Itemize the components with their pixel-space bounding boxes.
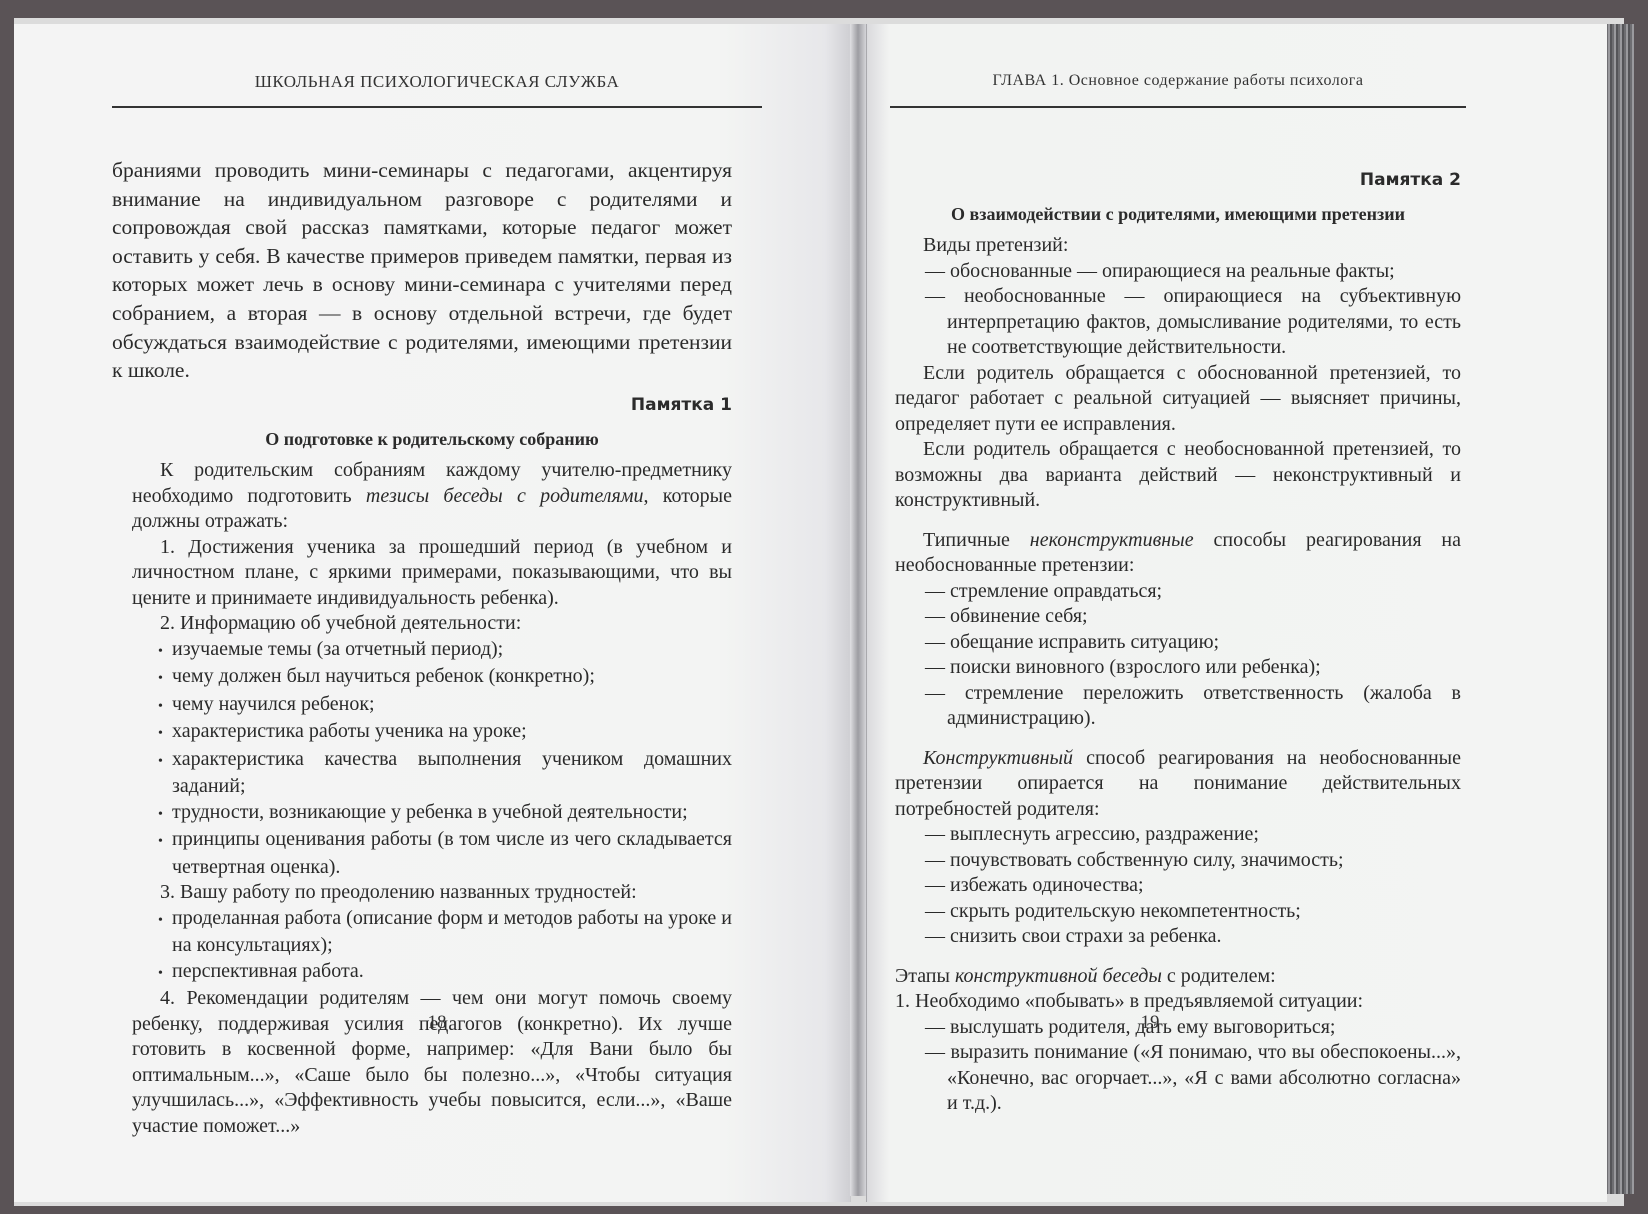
list-item: выплеснуть агрессию, раздражение; [895, 822, 1461, 848]
nonconstructive-intro-italic: неконструктивные [1030, 529, 1194, 551]
list-item: трудности, возникающие у ребенка в учебн… [132, 800, 732, 828]
page-edges-right [1606, 24, 1634, 1194]
nonconstructive-intro: Типичные неконструктивные способы реагир… [895, 528, 1461, 579]
list-item: изучаемые темы (за отчетный период); [132, 637, 732, 665]
list-item: характеристика работы ученика на уроке; [132, 719, 732, 747]
memo-1-item-3-list: проделанная работа (описание форм и мето… [132, 906, 732, 987]
memo-2-label: Памятка 2 [895, 168, 1461, 194]
memo-1-item-4: 4. Рекомендации родителям — чем они могу… [132, 986, 732, 1139]
stage-1: 1. Необходимо «побывать» в предъявляемой… [895, 989, 1461, 1015]
right-header-rule [890, 106, 1466, 108]
memo-1-title: О подготовке к родительскому собранию [132, 427, 732, 453]
stages-intro-text-end: с родителем: [1162, 965, 1276, 987]
list-item: обоснованные — опирающиеся на реальные ф… [895, 259, 1461, 285]
list-item: избежать одиночества; [895, 873, 1461, 899]
list-item: перспективная работа. [132, 959, 732, 987]
constructive-list: выплеснуть агрессию, раздражение; почувс… [895, 822, 1461, 950]
list-item: принципы оценивания работы (в том числе … [132, 827, 732, 880]
list-item: стремление оправдаться; [895, 579, 1461, 605]
memo-1-intro-italic: тезисы беседы с родителями [366, 485, 644, 507]
nonconstructive-list: стремление оправдаться; обвинение себя; … [895, 579, 1461, 732]
memo-1-item-1: 1. Достижения ученика за прошедший перио… [132, 535, 732, 612]
list-item: необоснованные — опирающиеся на субъекти… [895, 284, 1461, 361]
intro-paragraph-text: браниями проводить мини-семинары с педаг… [112, 156, 732, 385]
list-item: поиски виновного (взрослого или ребенка)… [895, 655, 1461, 681]
memo-1-intro: К родительским собраниям каждому учителю… [132, 458, 732, 535]
list-item: обвинение себя; [895, 604, 1461, 630]
left-header-rule [112, 106, 762, 108]
memo-1-item-3: 3. Вашу работу по преодолению названных … [132, 880, 732, 906]
memo-2: Памятка 2 О взаимодействии с родителями,… [895, 168, 1461, 1117]
list-item: обещание исправить ситуацию; [895, 630, 1461, 656]
right-running-head: ГЛАВА 1. Основное содержание работы псих… [890, 72, 1466, 90]
list-item: характеристика качества выполнения учени… [132, 747, 732, 800]
list-item: почувствовать собственную силу, значимос… [895, 848, 1461, 874]
list-item: стремление переложить ответственность (ж… [895, 681, 1461, 732]
stages-intro: Этапы конструктивной беседы с родителем: [895, 964, 1461, 990]
memo-1-item-2: 2. Информацию об учебной деятельности: [132, 611, 732, 637]
left-intro-paragraph: браниями проводить мини-семинары с педаг… [112, 156, 732, 385]
list-item: проделанная работа (описание форм и мето… [132, 906, 732, 959]
claim-types-list: обоснованные — опирающиеся на реальные ф… [895, 259, 1461, 361]
right-page-number: 19 [890, 1012, 1410, 1034]
memo-1-item-2-list: изучаемые темы (за отчетный период); чем… [132, 637, 732, 881]
stages-intro-italic: конструктивной беседы [955, 965, 1162, 987]
book-gutter [850, 24, 866, 1196]
claim-types-heading: Виды претензий: [895, 233, 1461, 259]
constructive-intro: Конструктивный способ реагирования на не… [895, 746, 1461, 823]
left-running-head: ШКОЛЬНАЯ ПСИХОЛОГИЧЕСКАЯ СЛУЖБА [112, 72, 762, 92]
memo-2-title: О взаимодействии с родителями, имеющими … [895, 202, 1461, 228]
left-page-number: 18 [112, 1012, 762, 1034]
nonconstructive-intro-text: Типичные [923, 529, 1030, 551]
list-item: чему должен был научиться ребенок (конкр… [132, 664, 732, 692]
constructive-intro-italic: Конструктивный [923, 747, 1073, 769]
list-item: скрыть родительскую некомпетентность; [895, 899, 1461, 925]
list-item: снизить свои страхи за ребенка. [895, 924, 1461, 950]
justified-claim-paragraph: Если родитель обращается с обоснованной … [895, 361, 1461, 438]
memo-1-label: Памятка 1 [132, 393, 732, 419]
list-item: выразить понимание («Я понимаю, что вы о… [895, 1040, 1461, 1117]
list-item: чему научился ребенок; [132, 692, 732, 720]
stages-intro-text: Этапы [895, 965, 955, 987]
unjustified-claim-paragraph: Если родитель обращается с необоснованно… [895, 437, 1461, 514]
